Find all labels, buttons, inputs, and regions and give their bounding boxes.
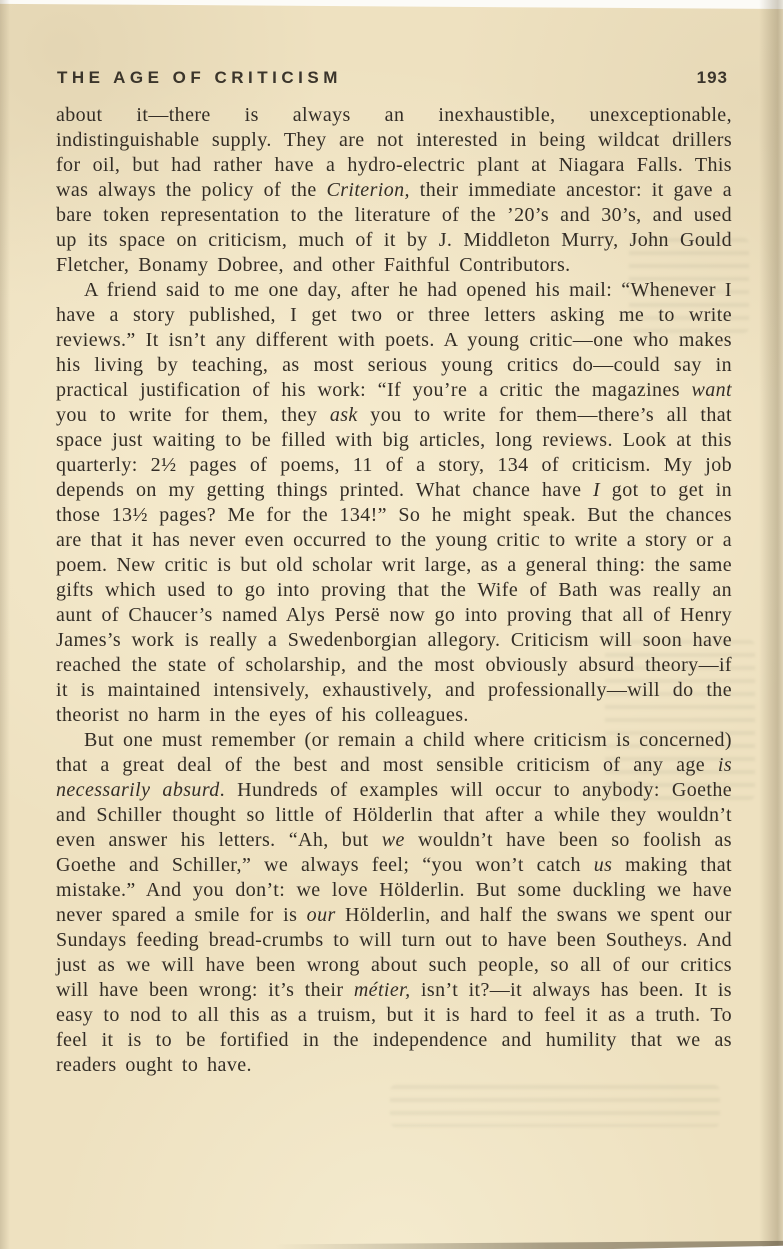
text-run: you to write for them, they — [56, 404, 330, 426]
italic-text-run: Criterion, — [326, 179, 409, 201]
page-number: 193 — [697, 68, 728, 88]
italic-text-run: us — [594, 854, 613, 876]
italic-text-run: our — [307, 904, 336, 926]
italic-text-run: want — [692, 379, 733, 401]
scan-edge-right — [759, 0, 783, 1249]
italic-text-run: ask — [330, 404, 358, 426]
running-header-title: THE AGE OF CRITICISM — [57, 68, 342, 88]
scan-edge-left — [0, 0, 10, 1249]
paragraph: A friend said to me one day, after he ha… — [56, 278, 732, 728]
bleed-through-ghost — [390, 1085, 720, 1127]
paragraph: about it—there is always an inexhaustibl… — [56, 103, 732, 278]
text-run: got to get in those 13½ pages? Me for th… — [56, 479, 732, 726]
text-run: A friend said to me one day, after he ha… — [56, 279, 732, 401]
italic-text-run: we — [382, 829, 405, 851]
running-header: THE AGE OF CRITICISM 193 — [57, 68, 728, 88]
paragraph: But one must remember (or remain a child… — [56, 728, 732, 1078]
scan-edge-top — [0, 0, 783, 12]
italic-text-run: métier, — [354, 979, 411, 1001]
text-run: But one must remember (or remain a child… — [56, 729, 732, 776]
scan-edge-bottom — [0, 1240, 783, 1249]
scanned-book-page: THE AGE OF CRITICISM 193 about it—there … — [0, 0, 783, 1249]
page-body: about it—there is always an inexhaustibl… — [56, 103, 732, 1078]
